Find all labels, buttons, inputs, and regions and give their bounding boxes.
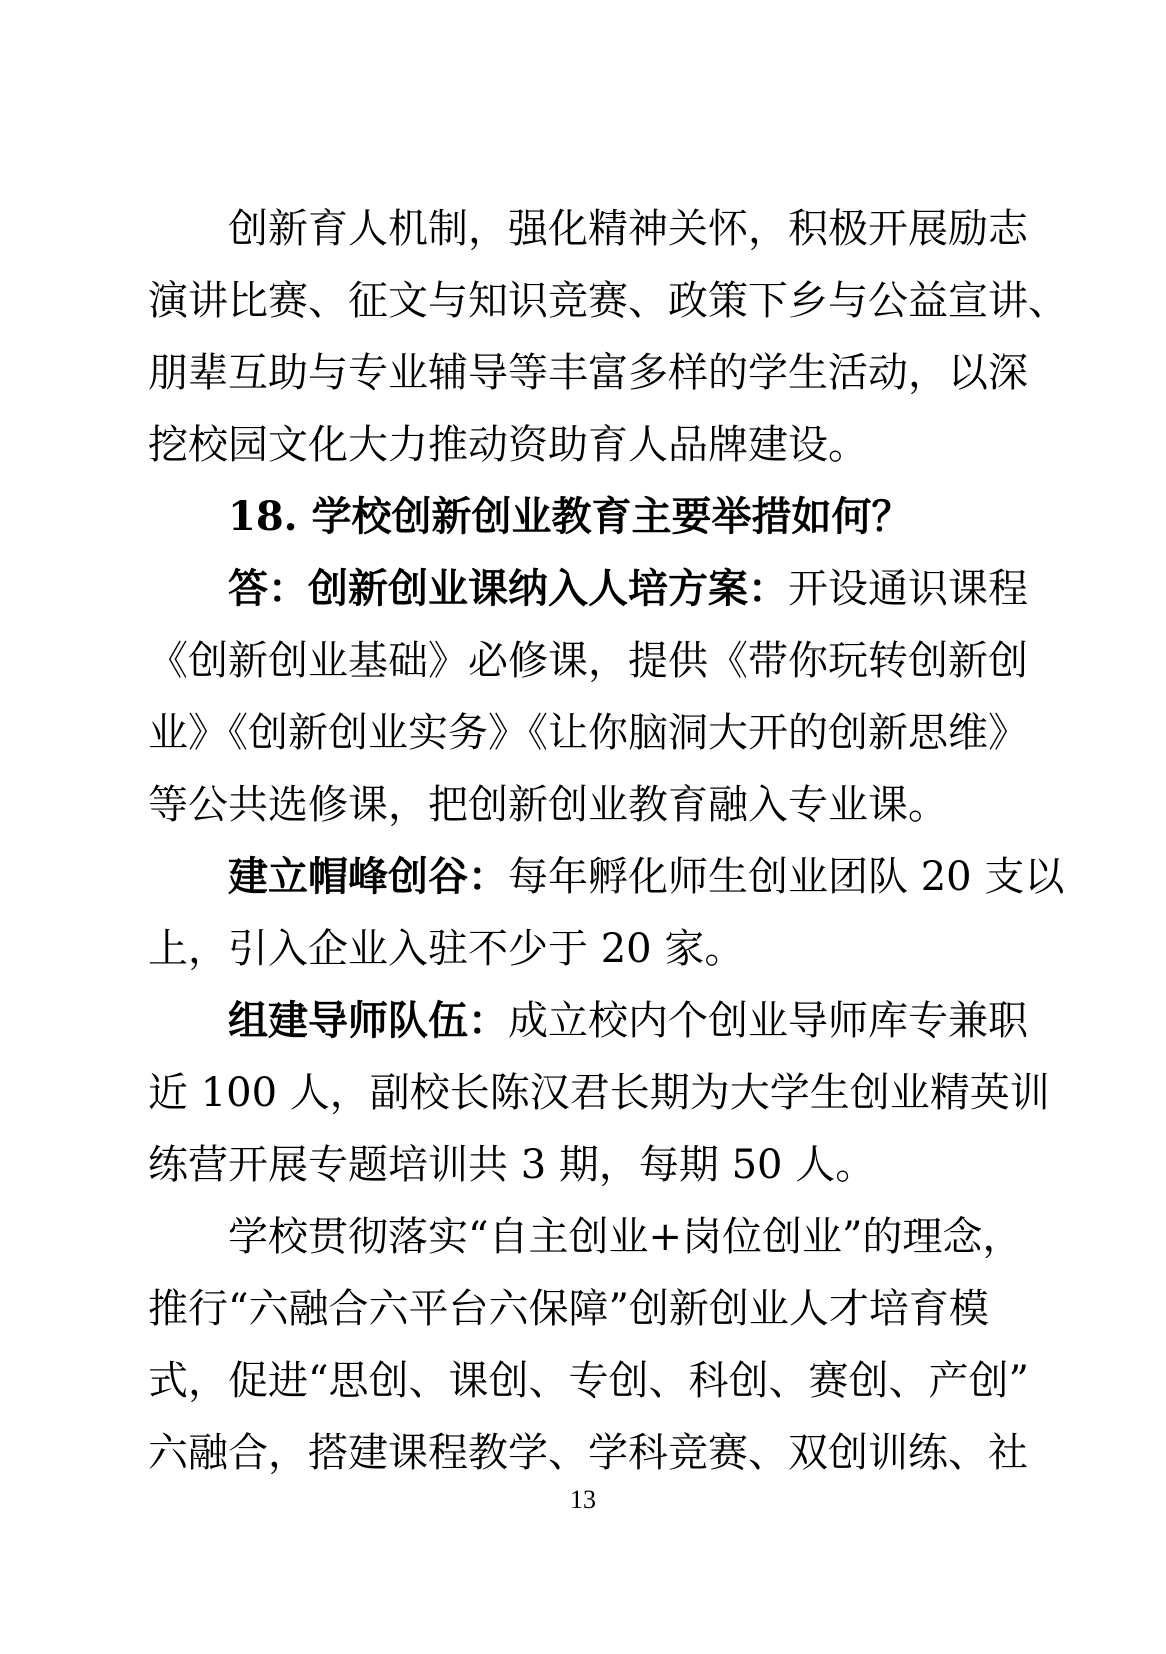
bold-lead: 组建导师队伍：	[228, 997, 508, 1044]
paragraph-line: 等公共选修课，把创新创业教育融入专业课。	[148, 774, 966, 836]
paragraph-line: 组建导师队伍：成立校内个创业导师库专兼职	[228, 990, 966, 1052]
question-heading-text: 18. 学校创新创业教育主要举措如何？	[228, 493, 912, 540]
paragraph-line: 近 100 人，副校长陈汉君长期为大学生创业精英训	[148, 1062, 966, 1124]
paragraph-text: 每年孵化师生创业团队 20 支以	[508, 854, 1064, 900]
paragraph-line: 演讲比赛、征文与知识竞赛、政策下乡与公益宣讲、	[148, 270, 966, 332]
paragraph-line: 业》《创新创业实务》《让你脑洞大开的创新思维》	[148, 702, 966, 764]
bold-lead: 建立帽峰创谷：	[228, 853, 508, 900]
paragraph-line: 建立帽峰创谷：每年孵化师生创业团队 20 支以	[228, 846, 966, 908]
question-heading: 18. 学校创新创业教育主要举措如何？	[228, 486, 966, 548]
document-page: 创新育人机制，强化精神关怀，积极开展励志 演讲比赛、征文与知识竞赛、政策下乡与公…	[0, 0, 1166, 1654]
paragraph-line: 推行“六融合六平台六保障”创新创业人才培育模	[148, 1278, 966, 1340]
paragraph-line: 朋辈互助与专业辅导等丰富多样的学生活动，以深	[148, 342, 966, 404]
paragraph-line: 六融合，搭建课程教学、学科竞赛、双创训练、社	[148, 1422, 966, 1484]
paragraph-line: 上，引入企业入驻不少于 20 家。	[148, 918, 966, 980]
paragraph-line: 《创新创业基础》必修课，提供《带你玩转创新创	[148, 630, 966, 692]
page-number: 13	[0, 1480, 1166, 1520]
paragraph-line: 练营开展专题培训共 3 期，每期 50 人。	[148, 1134, 966, 1196]
paragraph-line: 创新育人机制，强化精神关怀，积极开展励志	[228, 198, 966, 260]
paragraph-text: 成立校内个创业导师库专兼职	[508, 998, 1028, 1044]
answer-line: 答：创新创业课纳入人培方案：开设通识课程	[228, 558, 966, 620]
paragraph-line: 挖校园文化大力推动资助育人品牌建设。	[148, 414, 966, 476]
answer-bold-lead: 答：创新创业课纳入人培方案：	[228, 565, 788, 612]
paragraph-line: 式，促进“思创、课创、专创、科创、赛创、产创”	[148, 1350, 966, 1412]
paragraph-line: 学校贯彻落实“自主创业+岗位创业”的理念，	[228, 1206, 966, 1268]
answer-text: 开设通识课程	[788, 566, 1028, 612]
